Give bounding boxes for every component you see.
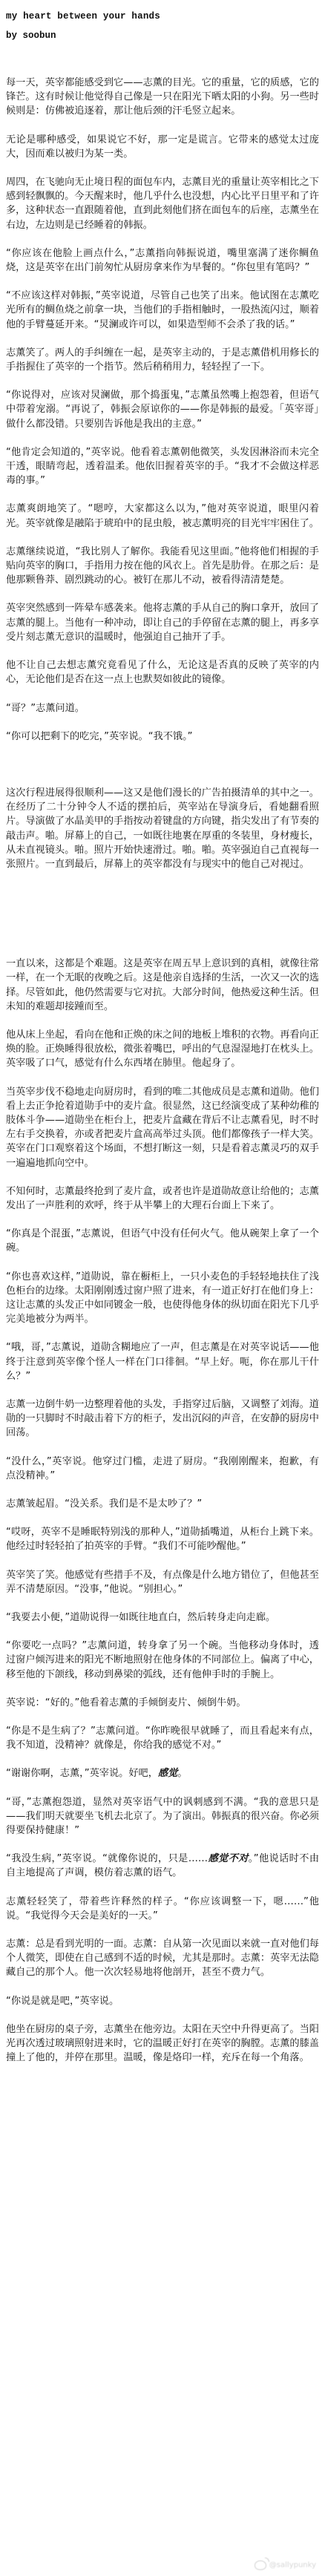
paragraph: “你可以把剩下的吃完，”英宰说。“我不饿。” [6, 730, 319, 744]
paragraph-with-emphasis: “谢谢你啊，志薰，”英宰说。好吧，感觉。 [6, 1766, 319, 1780]
paragraph: “他肯定会知道的，”英宰说。他看着志薰朝他微笑，头发因淋浴而未完全干透，眼睛弯起… [6, 445, 319, 488]
paragraph: 当英宰步伐不稳地走向厨房时，看到的唯二其他成员是志薰和道勋。他们看上去正争抢着道… [6, 1085, 319, 1170]
paragraph: “哥？”志薰问道。 [6, 701, 319, 715]
paragraph: “没什么，”英宰说。他穿过门槛，走进了厨房。“我刚刚醒来，抱歉，有点没精神。” [6, 1455, 319, 1483]
story-page: my heart between your hands by soobun 每一… [6, 10, 319, 2080]
paragraph: 志薰继续说道，“我比别人了解你。我能看见这里面。”他将他们相握的手贴向英宰的胸口… [6, 545, 319, 588]
paragraph: 无论是哪种感受，如果说它不好，那一定是谎言。它带来的感觉太过庞大，因而难以被归为… [6, 133, 319, 161]
paragraph: “你要吃一点吗？”志薰问道，转身拿了另一个碗。当他移动身体时，透过窗户倾泻进来的… [6, 1639, 319, 1682]
scene-break [6, 758, 319, 786]
emphasis-text: 感觉 [158, 1768, 177, 1779]
paragraph: 志薰：总是看到光明的一面。志薰：自从第一次见面以来就一直对他们每个人微笑，即使在… [6, 1937, 319, 1980]
paragraph: “哦，哥，”志薰说，道勋含糊地应了一声，但志薰是在对英宰说话——他终于注意到英宰… [6, 1340, 319, 1383]
paragraph: “你说得对，应该对炅澜做，那个捣蛋鬼，”志薰虽然嘴上抱怨着，但语气中带着宠溺。“… [6, 388, 319, 431]
paragraph: “不应该这样对韩振，”英宰说道，尽管自己也笑了出来。他试图在志薰吃光所有的鲷鱼烧… [6, 289, 319, 332]
scene-break [6, 885, 319, 957]
paragraph-text: “我没生病，”英宰说。“就像你说的，只是…… [6, 1853, 208, 1864]
paragraph: 不知何时，志薰最终抢到了麦片盒，或者也许是道勋故意让给他的；志薰发出了一声胜利的… [6, 1184, 319, 1213]
watermark-text: @sallypunky [269, 2561, 316, 2569]
paragraph: 英宰突然感到一阵晕车感袭来。他将志薰的手从自己的胸口拿开，放回了志薰的腿上。当他… [6, 601, 319, 644]
paragraph: 周四，在飞驰向无止境日程的面包车内，志薰目光的重量让英宰相比之下感到轻飘飘的。今… [6, 175, 319, 232]
weibo-icon [255, 2560, 266, 2570]
paragraph: “你是不是生病了？”志薰问道。“你昨晚很早就睡了，而且看起来有点，我不知道，没精… [6, 1724, 319, 1752]
paragraph: 英宰笑了笑。他感觉有些措手不及，有点像是什么地方错位了，但他甚至弄不清楚原因。“… [6, 1568, 319, 1596]
emphasis-text: 感觉不对 [208, 1853, 249, 1864]
story-author: by soobun [6, 30, 319, 42]
paragraph: “你应该在他脸上画点什么，”志薰指向韩振说道，嘴里塞满了迷你鲷鱼烧，这是英宰在出… [6, 246, 319, 275]
paragraph-with-emphasis: “我没生病，”英宰说。“就像你说的，只是……感觉不对。”他说话时不由自主地提高了… [6, 1852, 319, 1880]
paragraph-text: 。 [177, 1768, 187, 1779]
story-title: my heart between your hands [6, 10, 319, 22]
paragraph: 他坐在厨房的桌子旁，志薰坐在他旁边。太阳在天空中升得更高了。当阳光再次透过玻璃照… [6, 2022, 319, 2065]
paragraph: “你说是就是吧，”英宰说。 [6, 1994, 319, 2008]
paragraph: 这次行程进展得很顺利——这又是他们漫长的广告拍摄清单的其中之一。在经历了二十分钟… [6, 786, 319, 871]
paragraph: 志薰皱起眉。“没关系。我们是不是太吵了？” [6, 1497, 319, 1511]
paragraph: “哎呀，英宰不是睡眠特别浅的那种人，”道勋插嘴道，从柜台上跳下来。他经过时轻轻拍… [6, 1525, 319, 1553]
paragraph: 志薰轻轻笑了，带着些许释然的样子。“你应该调整一下，嗯……”他说。“我觉得今天会… [6, 1895, 319, 1923]
paragraph: 一直以来，这都是个难题。这是英宰在周五早上意识到的真相，就像往常一样，在一个无眠… [6, 957, 319, 1014]
paragraph: “你真是个混蛋，”志薰说，但语气中没有任何火气。他从碗架上拿了一个碗。 [6, 1227, 319, 1255]
paragraph: “我要去小便，”道勋说得一如既往地直白，然后转身走向走廊。 [6, 1610, 319, 1625]
paragraph: 志薰一边倒牛奶一边整理着他的头发，手指穿过后脑，又调整了刘海。道勋的一只脚时不时… [6, 1397, 319, 1441]
paragraph: 他从床上坐起，看向在他和正焕的床之间的地板上堆积的衣物。再看向正焕的脸。正焕睡得… [6, 1028, 319, 1071]
paragraph-text: “谢谢你啊，志薰，”英宰说。好吧， [6, 1768, 158, 1779]
paragraph: 志薰笑了。两人的手纠缠在一起，是英宰主动的，于是志薰借机用修长的手指握住了英宰的… [6, 346, 319, 374]
paragraph: “你也喜欢这样，”道勋说，靠在橱柜上，一只小麦色的手轻轻地扶住了浅色柜台的边缘。… [6, 1270, 319, 1327]
paragraph: 志薰爽朗地笑了。“嗯哼，大家都这么以为，”他对英宰说道，眼里闪着光。英宰就像是融… [6, 502, 319, 530]
paragraph: 英宰说：“好的。”他看着志薰的手倾倒麦片、倾倒牛奶。 [6, 1696, 319, 1710]
paragraph: 他不让自己去想志薰究竟看见了什么，无论这是否真的反映了英宰的内心，无论他们是否在… [6, 658, 319, 686]
paragraph: 每一天，英宰都能感受到它——志薰的目光。它的重量，它的质感，它的锋芒。这有时候让… [6, 76, 319, 119]
watermark: @sallypunky [255, 2560, 316, 2570]
paragraph: “哥，”志薰抱怨道，显然对英宰语气中的讽刺感到不满。“我的意思只是——我们明天就… [6, 1795, 319, 1838]
